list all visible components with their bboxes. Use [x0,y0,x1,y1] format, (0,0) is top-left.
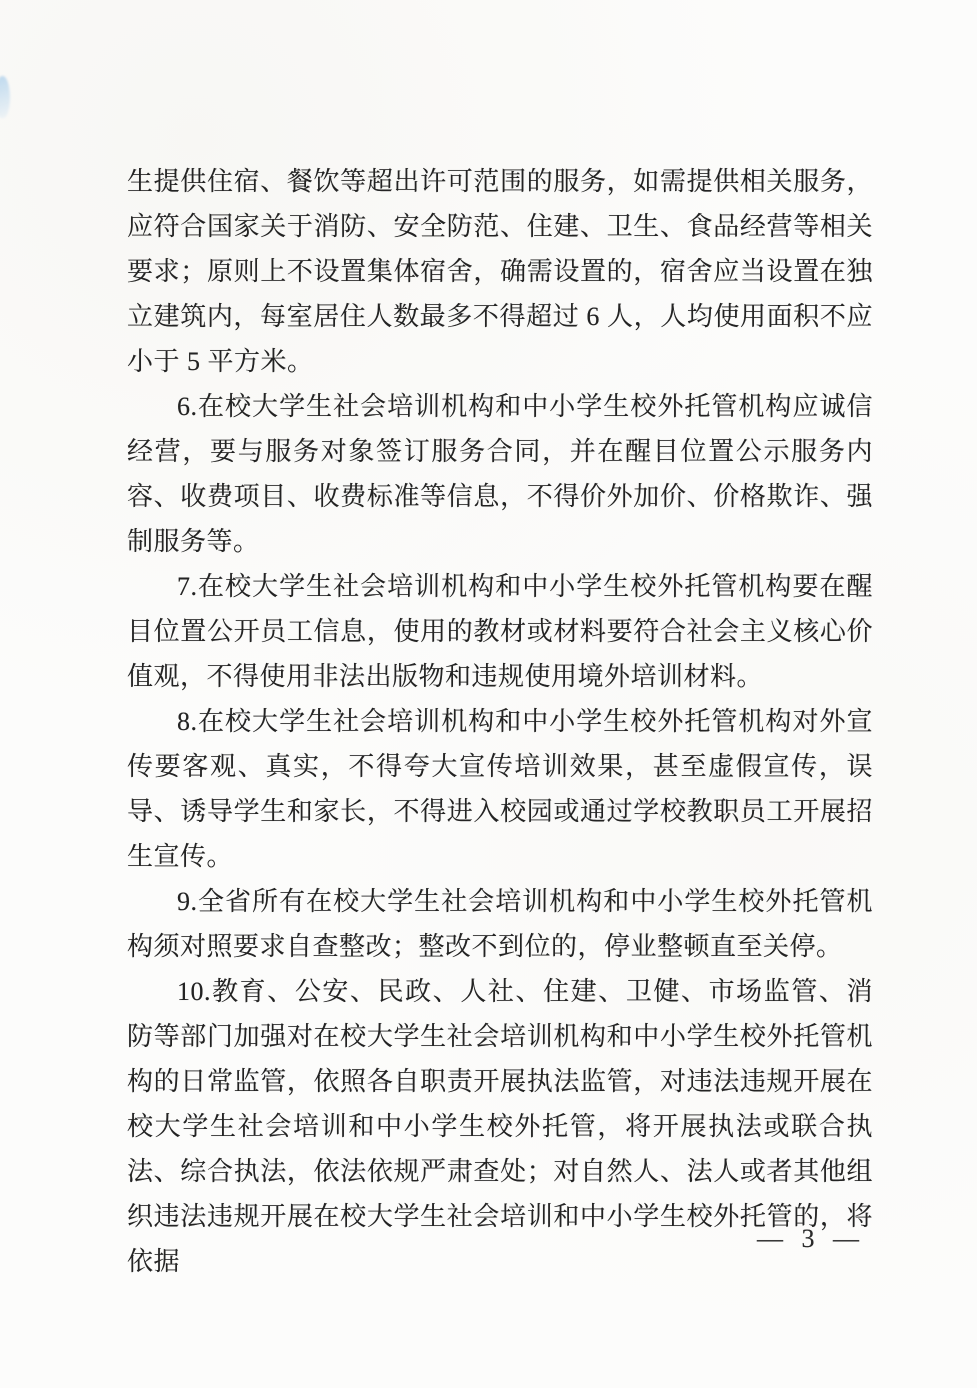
paragraph-item-8: 8.在校大学生社会培训机构和中小学生校外托管机构对外宣传要客观、真实，不得夸大宣… [127,699,873,879]
paragraph-continuation: 生提供住宿、餐饮等超出许可范围的服务，如需提供相关服务，应符合国家关于消防、安全… [127,159,873,384]
scan-smudge-artifact [0,76,10,118]
document-page: 生提供住宿、餐饮等超出许可范围的服务，如需提供相关服务，应符合国家关于消防、安全… [0,0,977,1388]
document-body: 生提供住宿、餐饮等超出许可范围的服务，如需提供相关服务，应符合国家关于消防、安全… [127,159,873,1284]
paragraph-item-6: 6.在校大学生社会培训机构和中小学生校外托管机构应诚信经营，要与服务对象签订服务… [127,384,873,564]
paragraph-item-7: 7.在校大学生社会培训机构和中小学生校外托管机构要在醒目位置公开员工信息，使用的… [127,564,873,699]
page-number: — 3 — [757,1224,865,1254]
paragraph-item-9: 9.全省所有在校大学生社会培训机构和中小学生校外托管机构须对照要求自查整改；整改… [127,879,873,969]
